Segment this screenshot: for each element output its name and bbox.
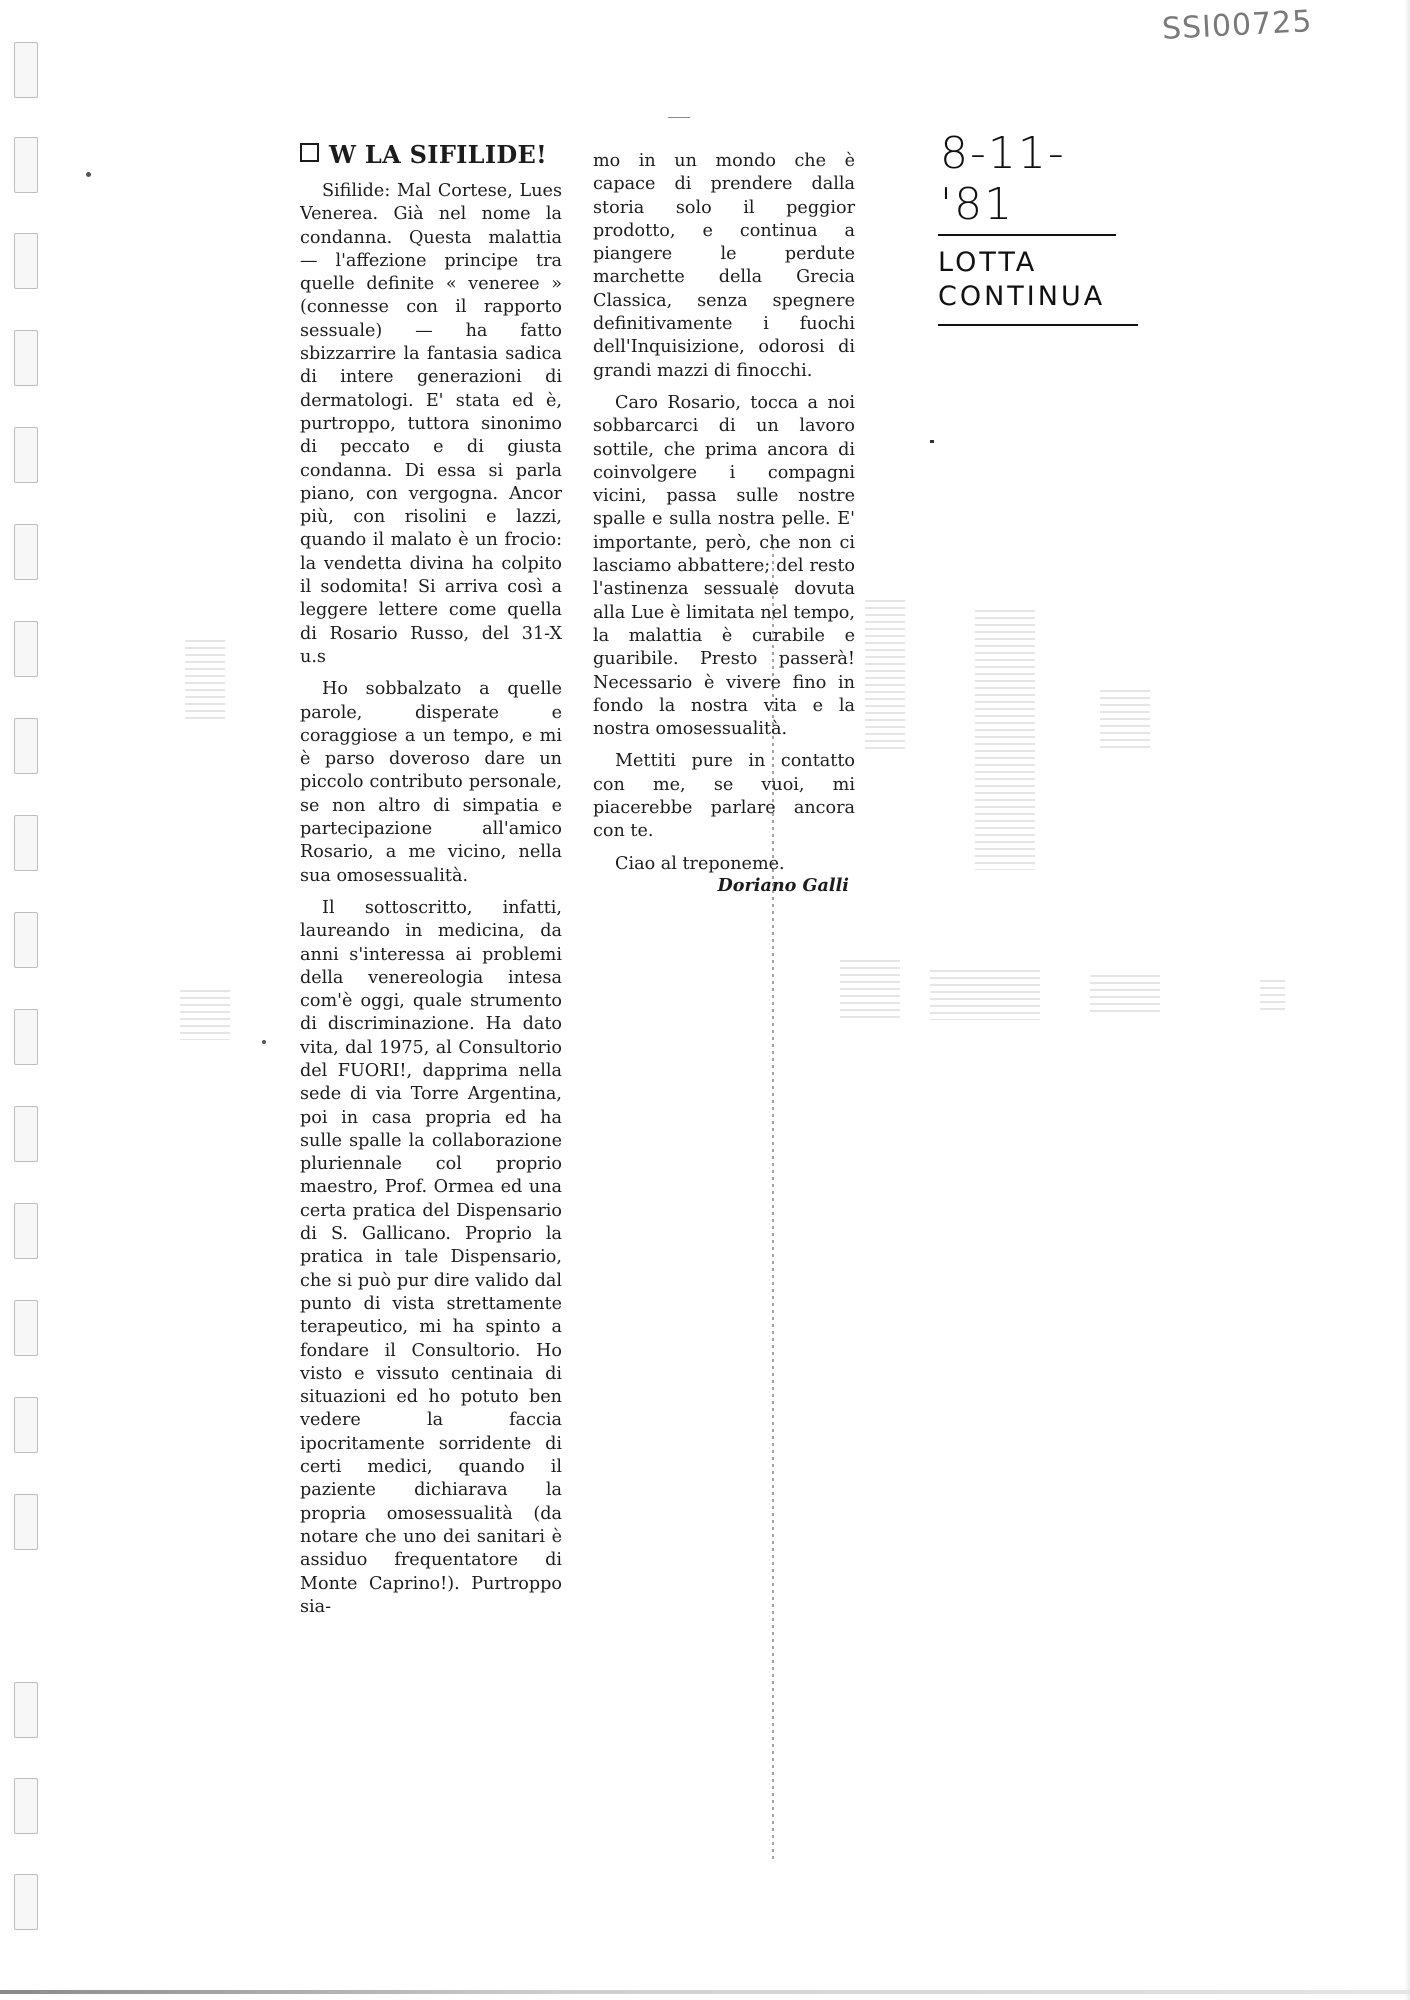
punch-hole xyxy=(14,524,38,580)
punch-hole xyxy=(14,1300,38,1356)
punch-hole xyxy=(14,621,38,677)
paragraph: Caro Rosario, tocca a noi sobbarcarci di… xyxy=(593,392,855,741)
clipping-date: 8-11-'81 xyxy=(938,128,1138,230)
bleed-through xyxy=(840,960,900,1020)
bleed-through xyxy=(975,610,1035,870)
punch-hole xyxy=(14,233,38,289)
ink-speck xyxy=(86,172,91,177)
punch-hole xyxy=(14,137,38,193)
archive-id: SSI00725 xyxy=(1161,4,1313,47)
punch-hole xyxy=(14,330,38,386)
punch-hole xyxy=(14,42,38,98)
scan-mark xyxy=(668,117,690,118)
paragraph: mo in un mondo che è capace di prendere … xyxy=(593,150,855,383)
ink-speck xyxy=(262,1040,266,1044)
scan-mark xyxy=(930,440,934,443)
punch-hole xyxy=(14,427,38,483)
page-edge-bottom xyxy=(0,1990,1410,1994)
punch-hole xyxy=(14,1778,38,1834)
bleed-through xyxy=(930,970,1040,1020)
article-column-2: mo in un mondo che è capace di prendere … xyxy=(593,150,855,897)
bleed-through xyxy=(1100,690,1150,750)
page-edge-right xyxy=(1404,0,1410,2000)
handwritten-source-note: 8-11-'81 LOTTA CONTINUA xyxy=(938,128,1138,326)
paragraph: Sifilide: Mal Cortese, Lues Venerea. Già… xyxy=(300,180,562,669)
article-column-1: W LA SIFILIDE! Sifilide: Mal Cortese, Lu… xyxy=(300,140,562,1628)
punch-hole xyxy=(14,718,38,774)
article-headline: W LA SIFILIDE! xyxy=(300,140,562,170)
checkbox-square-icon xyxy=(300,143,319,162)
punch-hole xyxy=(14,1009,38,1065)
punch-hole xyxy=(14,1106,38,1162)
punch-hole xyxy=(14,815,38,871)
divider xyxy=(938,234,1116,236)
punch-hole xyxy=(14,912,38,968)
paragraph: Mettiti pure in contatto con me, se vuoi… xyxy=(593,750,855,843)
bleed-through xyxy=(180,990,230,1040)
bleed-through xyxy=(865,600,905,750)
author-signature: Doriano Galli xyxy=(593,874,855,897)
punch-hole xyxy=(14,1874,38,1930)
punch-hole xyxy=(14,1397,38,1453)
source-line: CONTINUA xyxy=(938,280,1138,314)
bleed-through xyxy=(185,640,225,720)
paragraph: Il sottoscritto, infatti, laureando in m… xyxy=(300,897,562,1619)
bleed-through xyxy=(1090,975,1160,1015)
headline-text: W LA SIFILIDE! xyxy=(329,140,547,169)
punch-hole xyxy=(14,1203,38,1259)
source-line: LOTTA xyxy=(938,246,1138,280)
punch-hole xyxy=(14,1494,38,1550)
bleed-through xyxy=(1260,980,1285,1010)
divider xyxy=(938,324,1138,326)
paragraph: Ho sobbalzato a quelle parole, disperate… xyxy=(300,678,562,888)
paragraph: Ciao al treponeme. xyxy=(593,853,855,876)
punch-hole xyxy=(14,1682,38,1738)
